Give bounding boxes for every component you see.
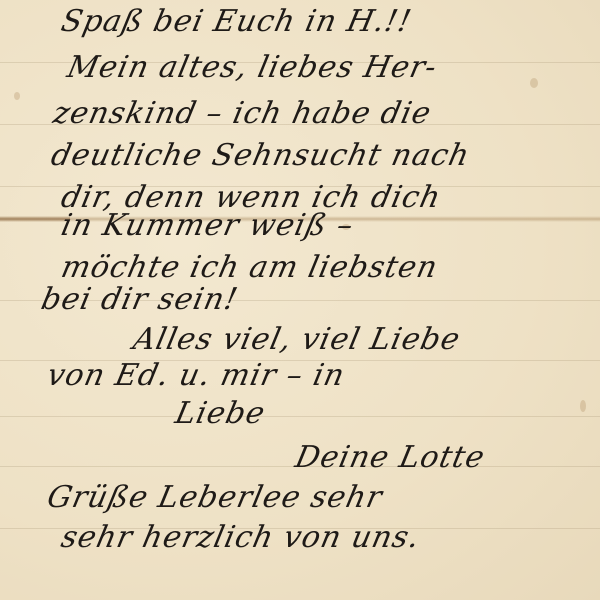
letter-line: möchte ich am liebsten (58, 250, 441, 285)
letter-line: Mein altes, liebes Her- (64, 50, 440, 85)
letter-page: Spaß bei Euch in H.!! Mein altes, liebes… (0, 0, 600, 600)
paper-spot (14, 92, 20, 100)
paper-spot (530, 78, 538, 88)
letter-line: bei dir sein! (38, 282, 241, 317)
fold-stain (0, 216, 70, 222)
letter-line: Spaß bei Euch in H.!! (58, 4, 415, 39)
letter-line: Alles viel, viel Liebe (130, 322, 464, 357)
letter-line: von Ed. u. mir – in (44, 358, 348, 393)
letter-line: deutliche Sehnsucht nach (48, 138, 473, 173)
letter-line: sehr herzlich von uns. (58, 520, 423, 555)
letter-line: Liebe (172, 396, 269, 431)
letter-line: zenskind – ich habe die (50, 96, 435, 131)
signature: Deine Lotte (292, 440, 488, 475)
paper-spot (580, 400, 586, 412)
ruled-line (0, 416, 600, 417)
letter-line: Grüße Leberlee sehr (44, 480, 386, 515)
letter-line: in Kummer weiß – (58, 208, 357, 243)
